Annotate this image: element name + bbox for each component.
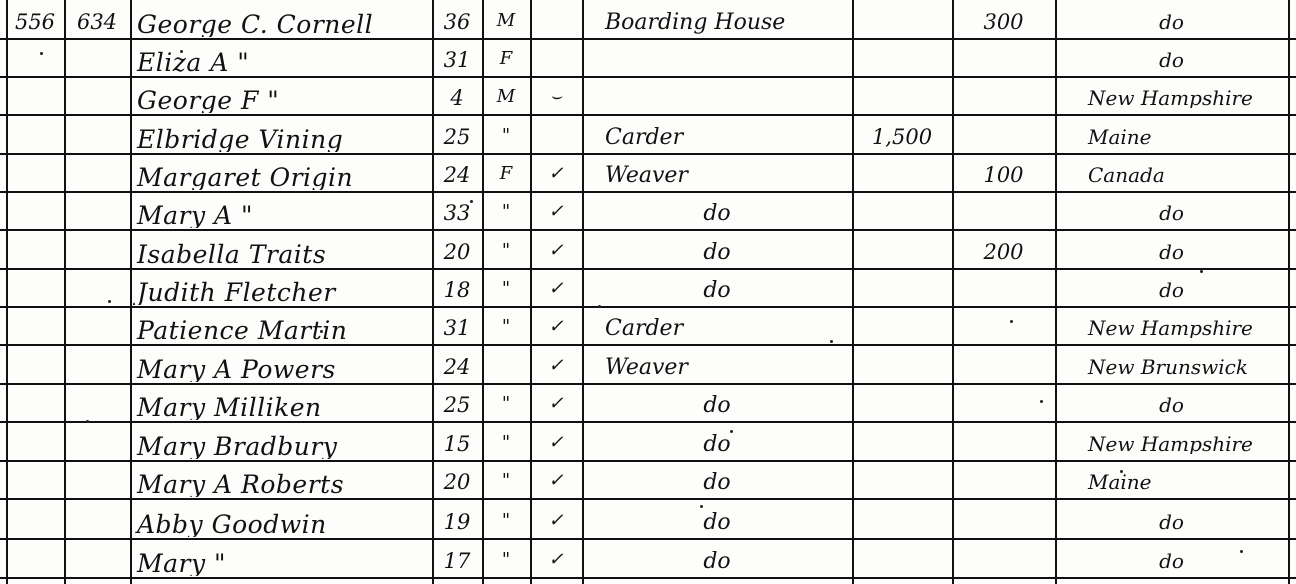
column-rule <box>1055 0 1057 584</box>
person-name: Elbridge Vining <box>133 127 433 152</box>
person-name: Mary Bradbury <box>133 434 433 459</box>
occupation: do <box>585 512 849 534</box>
ink-speck <box>180 50 183 53</box>
column-rule <box>6 0 8 584</box>
person-name: Abby Goodwin <box>133 512 433 537</box>
color-mark: ✓ <box>533 434 579 452</box>
age: 17 <box>435 551 479 572</box>
sex: " <box>485 242 527 260</box>
person-name: George C. Cornell <box>133 12 433 37</box>
sex: " <box>485 434 527 452</box>
ink-speck <box>86 420 89 423</box>
age: 36 <box>435 12 479 33</box>
personal-value: 200 <box>955 242 1052 263</box>
row-rule <box>0 577 1296 579</box>
ink-speck <box>1200 270 1203 273</box>
person-name: Patience Martin <box>133 318 433 343</box>
color-mark: ✓ <box>533 551 579 569</box>
occupation: do <box>585 203 849 225</box>
person-name: Isabella Traits <box>133 242 433 267</box>
occupation: Carder <box>585 127 869 149</box>
sex: " <box>485 203 527 221</box>
age: 15 <box>435 434 479 455</box>
person-name: George F " <box>133 88 433 113</box>
occupation: Carder <box>585 318 869 340</box>
age: 25 <box>435 127 479 148</box>
column-rule <box>530 0 532 584</box>
sex: " <box>485 280 527 298</box>
sex: M <box>485 12 527 30</box>
occupation: Boarding House <box>585 12 869 34</box>
column-rule <box>64 0 66 584</box>
color-mark: ⌣ <box>533 88 579 106</box>
color-mark: ✓ <box>533 242 579 260</box>
birthplace: do <box>1058 551 1285 571</box>
birthplace: Maine <box>1058 127 1296 147</box>
birthplace: New Hampshire <box>1058 434 1296 454</box>
birthplace: New Brunswick <box>1058 357 1296 377</box>
birthplace: do <box>1058 280 1285 300</box>
age: 33 <box>435 203 479 224</box>
row-rule <box>0 268 1296 270</box>
row-rule <box>0 460 1296 462</box>
occupation: do <box>585 434 849 456</box>
sex: F <box>485 50 527 68</box>
person-name: Mary A " <box>133 203 433 228</box>
ink-speck <box>700 505 703 508</box>
row-rule <box>0 153 1296 155</box>
age: 18 <box>435 280 479 301</box>
occupation: do <box>585 472 849 494</box>
row-rule <box>0 498 1296 500</box>
ink-speck <box>108 300 111 303</box>
row-rule <box>0 306 1296 308</box>
ink-speck <box>830 340 833 343</box>
age: 24 <box>435 165 479 186</box>
color-mark: ✓ <box>533 357 579 375</box>
person-name: Mary A Powers <box>133 357 433 382</box>
row-rule <box>0 421 1296 423</box>
birthplace: Maine <box>1058 472 1296 492</box>
census-sheet: 556634George C. Cornell36MBoarding House… <box>0 0 1296 584</box>
person-name: Mary " <box>133 551 433 576</box>
ink-speck <box>1040 400 1043 403</box>
ink-speck <box>1240 550 1243 553</box>
age: 4 <box>435 88 479 109</box>
age: 25 <box>435 395 479 416</box>
ink-speck <box>470 200 473 203</box>
color-mark: ✓ <box>533 318 579 336</box>
occupation: Weaver <box>585 165 869 187</box>
birthplace: Canada <box>1058 165 1296 185</box>
row-rule <box>0 76 1296 78</box>
row-rule <box>0 38 1296 40</box>
column-rule <box>482 0 484 584</box>
color-mark: ✓ <box>533 472 579 490</box>
column-rule <box>130 0 132 584</box>
sex: M <box>485 88 527 106</box>
sex: " <box>485 551 527 569</box>
family-number: 634 <box>67 12 127 33</box>
occupation: do <box>585 395 849 417</box>
ink-speck <box>598 305 601 308</box>
birthplace: do <box>1058 242 1285 262</box>
row-rule <box>0 538 1296 540</box>
ink-speck <box>40 52 43 55</box>
occupation: do <box>585 242 849 264</box>
column-rule <box>852 0 854 584</box>
age: 31 <box>435 318 479 339</box>
birthplace: New Hampshire <box>1058 318 1296 338</box>
birthplace: New Hampshire <box>1058 88 1296 108</box>
person-name: Judith Fletcher <box>133 280 433 305</box>
age: 19 <box>435 512 479 533</box>
row-rule <box>0 114 1296 116</box>
sex: " <box>485 395 527 413</box>
sex: " <box>485 512 527 530</box>
column-rule <box>952 0 954 584</box>
occupation: do <box>585 551 849 573</box>
personal-value: 100 <box>955 165 1052 186</box>
birthplace: do <box>1058 50 1285 70</box>
age: 20 <box>435 242 479 263</box>
age: 20 <box>435 472 479 493</box>
person-name: Mary Milliken <box>133 395 433 420</box>
color-mark: ✓ <box>533 203 579 221</box>
color-mark: ✓ <box>533 395 579 413</box>
person-name: Margaret Origin <box>133 165 433 190</box>
ink-speck <box>730 430 733 433</box>
row-rule <box>0 383 1296 385</box>
sex: " <box>485 318 527 336</box>
column-rule <box>582 0 584 584</box>
dwelling-number: 556 <box>9 12 61 33</box>
color-mark: ✓ <box>533 512 579 530</box>
color-mark: ✓ <box>533 165 579 183</box>
row-rule <box>0 344 1296 346</box>
age: 31 <box>435 50 479 71</box>
personal-value: 300 <box>955 12 1052 33</box>
row-rule <box>0 229 1296 231</box>
sex: " <box>485 472 527 490</box>
occupation: Weaver <box>585 357 869 379</box>
row-rule <box>0 191 1296 193</box>
birthplace: do <box>1058 512 1285 532</box>
ink-speck <box>1010 320 1013 323</box>
sex: F <box>485 165 527 183</box>
birthplace: do <box>1058 203 1285 223</box>
occupation: do <box>585 280 849 302</box>
real-estate-value: 1,500 <box>855 127 949 148</box>
birthplace: do <box>1058 12 1285 32</box>
age: 24 <box>435 357 479 378</box>
ink-speck <box>1120 470 1123 473</box>
color-mark: ✓ <box>533 280 579 298</box>
person-name: Eliza A " <box>133 50 433 75</box>
person-name: Mary A Roberts <box>133 472 433 497</box>
sex: " <box>485 127 527 145</box>
ink-speck <box>320 330 323 333</box>
birthplace: do <box>1058 395 1285 415</box>
